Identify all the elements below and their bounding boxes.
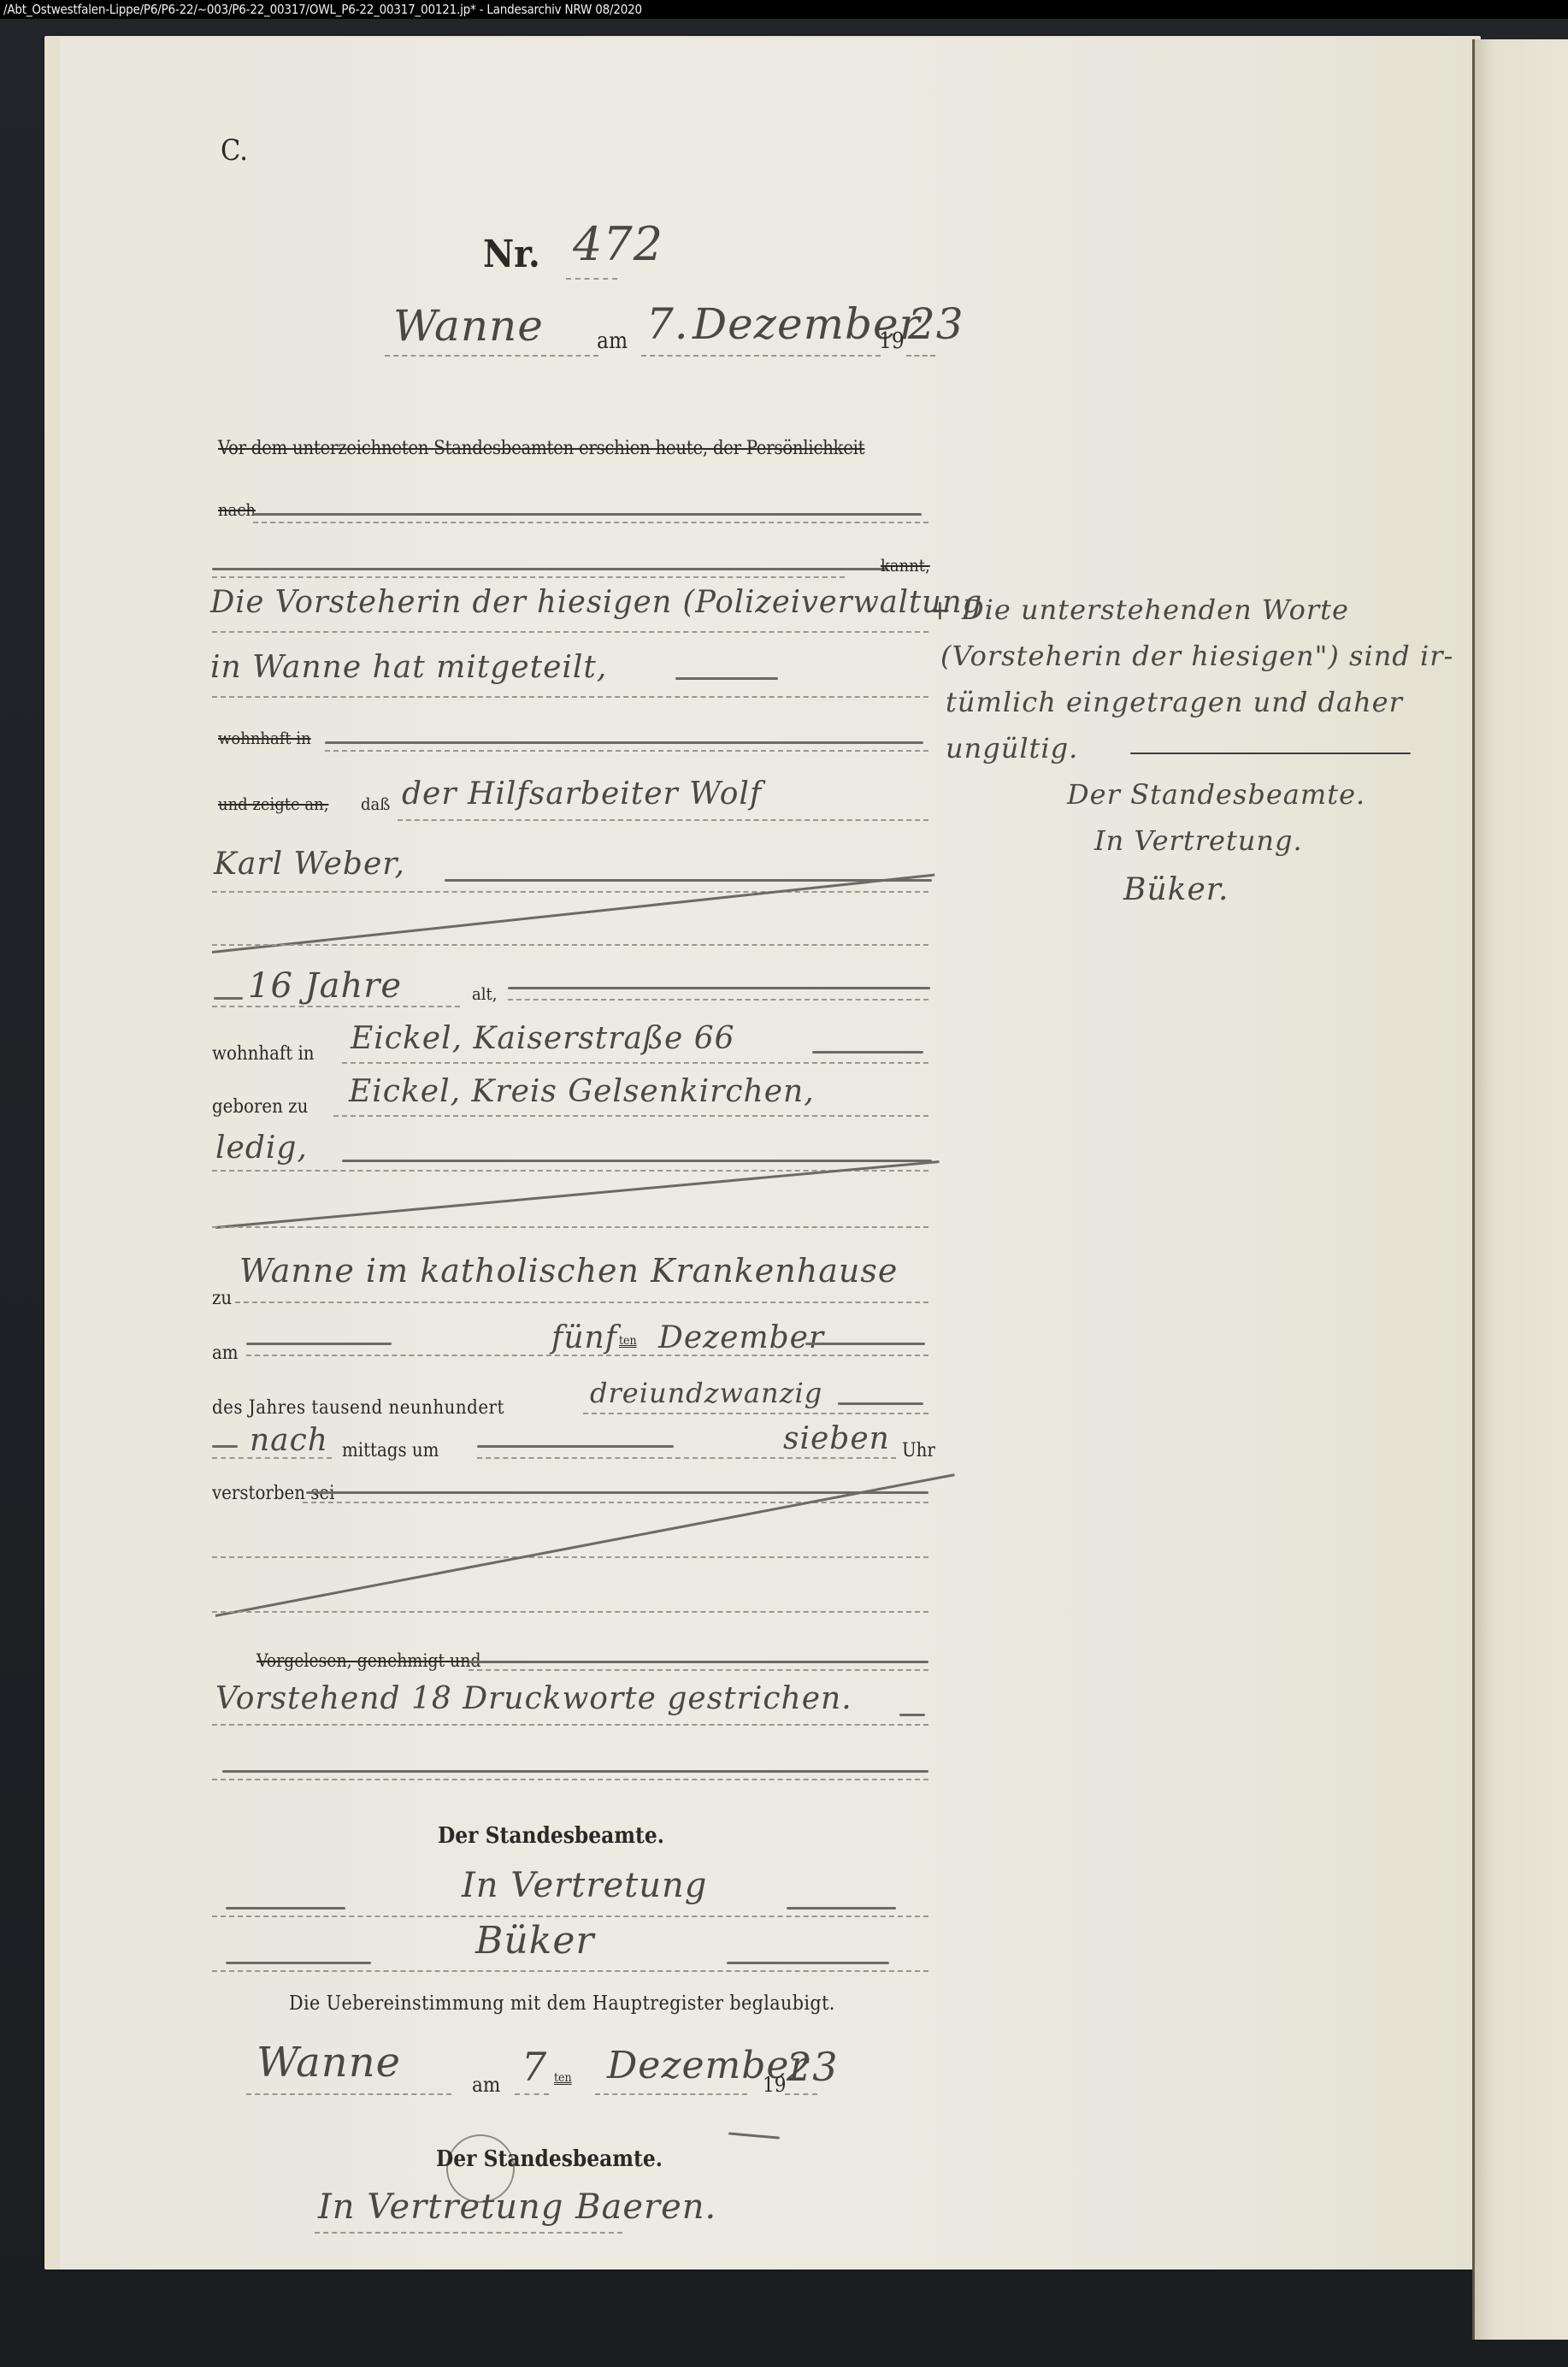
residence: Eickel, Kaiserstraße 66: [351, 1021, 735, 1056]
age: 16 Jahre: [248, 966, 402, 1006]
registrar-vertretung: In Vertretung: [462, 1866, 707, 1905]
window-title: /Abt_Ostwestfalen-Lippe/P6/P6-22/~003/P6…: [3, 2, 642, 17]
dass-label: daß: [361, 794, 390, 814]
margin-note-sign-name: Büker.: [1123, 872, 1229, 907]
registrar-title-2: Der Standesbeamte.: [436, 2146, 663, 2172]
death-day: fünf: [551, 1320, 617, 1355]
struck-nach: nach: [218, 499, 256, 520]
death-month: Dezember: [658, 1320, 824, 1355]
margin-note-line-3: tümlich eingetragen und daher: [946, 686, 1403, 718]
margin-note-sign-vertretung: In Vertretung.: [1094, 824, 1303, 857]
struck-intro-line: Vor dem unterzeichneten Standesbeamten e…: [218, 438, 864, 459]
zu-label: zu: [212, 1288, 232, 1309]
book-gutter: [1472, 39, 1474, 2340]
margin-note-line-1: + Die unterstehenden Worte: [928, 593, 1349, 626]
cert-day-suffix: ten: [554, 2071, 572, 2090]
form-letter: C.: [221, 133, 248, 168]
register-page: C. Nr. 472 Wanne am 7. Dezember 19 23 Vo…: [60, 38, 1471, 2270]
registrar-title: Der Standesbeamte.: [438, 1823, 664, 1849]
struck-wohnhaft: wohnhaft in: [218, 728, 311, 748]
noon-indicator: nach: [250, 1423, 328, 1458]
cert-signature: In Vertretung Baeren.: [318, 2187, 716, 2227]
struck-vorgelesen: Vorgelesen, genehmigt und: [256, 1650, 481, 1671]
deceased-line-1: der Hilfsarbeiter Wolf: [402, 776, 762, 812]
death-place: Wanne im katholischen Krankenhause: [239, 1252, 898, 1290]
struck-words-note: Vorstehend 18 Druckworte gestrichen.: [215, 1681, 852, 1716]
deceased-line-2: Karl Weber,: [214, 847, 405, 882]
wohnhaft-label: wohnhaft in: [212, 1043, 315, 1065]
facing-page-edge: [1472, 39, 1568, 2340]
header-year-suffix: 23: [908, 299, 964, 349]
margin-note-line-4: ungültig.: [946, 732, 1078, 764]
struck-zeigte-an: und zeigte an,: [218, 794, 328, 814]
struck-kannt: kannt,: [881, 555, 930, 576]
certification-text: Die Uebereinstimmung mit dem Hauptregist…: [289, 1992, 835, 2015]
header-place: Wanne: [393, 301, 544, 351]
header-am: am: [597, 328, 628, 354]
margin-note-sign-title: Der Standesbeamte.: [1067, 778, 1365, 811]
alt-label: alt,: [472, 983, 497, 1004]
cert-year-prefix: 19: [763, 2073, 786, 2097]
header-year-prefix: 19: [879, 328, 905, 354]
cert-year-suffix: 23: [787, 2044, 839, 2090]
uhr-label: Uhr: [902, 1440, 935, 1461]
cert-am: am: [472, 2073, 500, 2097]
geboren-label: geboren zu: [212, 1096, 308, 1118]
hour: sieben: [783, 1421, 890, 1456]
death-day-suffix: ten: [619, 1334, 637, 1353]
death-year: dreiundzwanzig: [590, 1377, 822, 1409]
cert-day: 7: [522, 2044, 547, 2090]
birthplace-line-1: Eickel, Kreis Gelsenkirchen,: [349, 1074, 815, 1109]
reporter-line-1: Die Vorsteherin der hiesigen (Polizeiver…: [210, 585, 982, 620]
birthplace-line-2: ledig,: [215, 1130, 308, 1166]
register-number: 472: [573, 217, 663, 271]
mittags-label: mittags um: [342, 1440, 439, 1461]
header-day: 7.: [646, 299, 689, 349]
window-title-bar: /Abt_Ostwestfalen-Lippe/P6/P6-22/~003/P6…: [0, 0, 1568, 19]
cert-place: Wanne: [256, 2039, 401, 2087]
margin-note-line-2: (Vorsteherin der hiesigen") sind ir-: [940, 640, 1453, 672]
reporter-line-2: in Wanne hat mitgeteilt,: [210, 650, 607, 685]
registrar-signature: Büker: [475, 1919, 594, 1963]
des-jahres-label: des Jahres tausend neunhundert: [212, 1397, 504, 1419]
number-label: Nr.: [483, 233, 540, 276]
am-label: am: [212, 1343, 239, 1364]
